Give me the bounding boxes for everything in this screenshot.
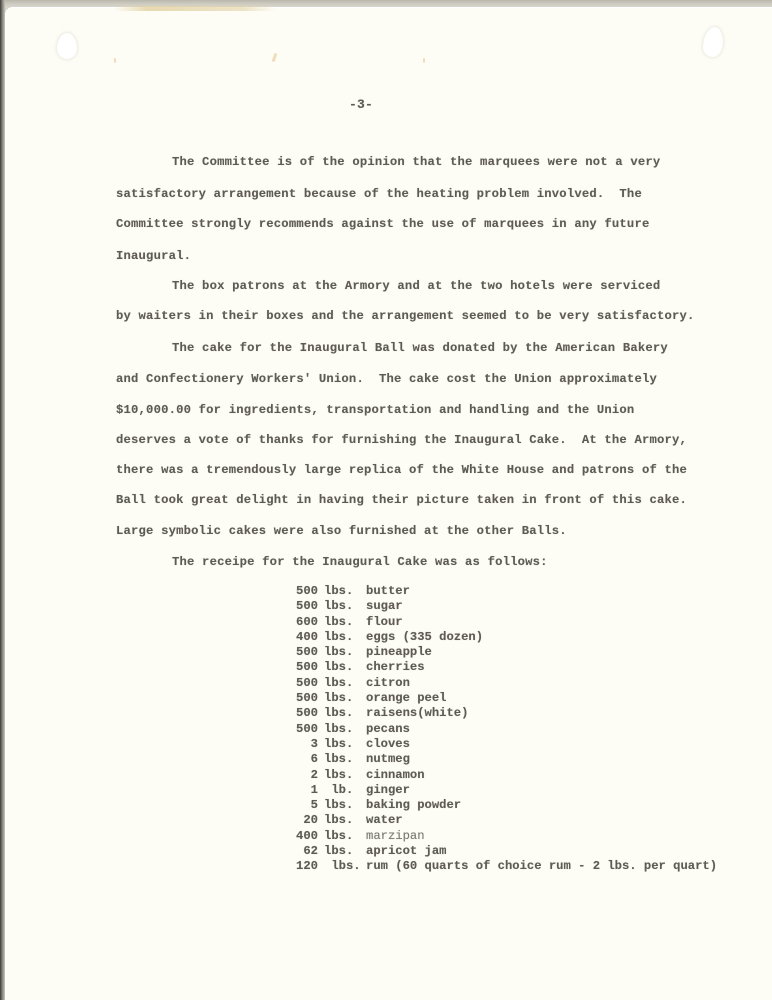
body-text-line: The receipe for the Inaugural Cake was a… bbox=[172, 555, 548, 569]
recipe-row: 400lbs.eggs (335 dozen) bbox=[280, 630, 717, 645]
recipe-unit: lbs. bbox=[318, 676, 366, 691]
recipe-ingredient: butter bbox=[366, 584, 410, 599]
body-text-line: by waiters in their boxes and the arrang… bbox=[116, 309, 695, 323]
recipe-quantity: 500 bbox=[280, 660, 318, 675]
recipe-quantity: 20 bbox=[280, 813, 318, 828]
recipe-row: 500lbs.raisens(white) bbox=[280, 706, 717, 721]
body-text-line: $10,000.00 for ingredients, transportati… bbox=[116, 403, 634, 417]
recipe-unit: lbs. bbox=[318, 584, 366, 599]
recipe-row: 62lbs.apricot jam bbox=[280, 844, 717, 859]
body-text-line: there was a tremendously large replica o… bbox=[116, 463, 687, 477]
body-text-line: and Confectionery Workers' Union. The ca… bbox=[116, 372, 657, 386]
recipe-row: 120 lbs.rum (60 quarts of choice rum - 2… bbox=[280, 859, 717, 874]
recipe-ingredient: raisens(white) bbox=[366, 706, 468, 721]
recipe-quantity: 3 bbox=[280, 737, 318, 752]
recipe-unit: lbs. bbox=[318, 660, 366, 675]
recipe-row: 500lbs.cherries bbox=[280, 660, 717, 675]
recipe-unit: lbs. bbox=[318, 706, 366, 721]
recipe-unit: lbs. bbox=[318, 615, 366, 630]
stain-mark bbox=[114, 58, 116, 63]
recipe-ingredient: flour bbox=[366, 615, 403, 630]
recipe-quantity: 500 bbox=[280, 676, 318, 691]
body-text-line: The Committee is of the opinion that the… bbox=[172, 155, 660, 169]
recipe-unit: lbs. bbox=[318, 768, 366, 783]
recipe-quantity: 500 bbox=[280, 584, 318, 599]
recipe-unit: lbs. bbox=[318, 645, 366, 660]
recipe-ingredient: cloves bbox=[366, 737, 410, 752]
recipe-ingredient: apricot jam bbox=[366, 844, 446, 859]
recipe-ingredient: sugar bbox=[366, 599, 403, 614]
recipe-row: 500lbs.citron bbox=[280, 676, 717, 691]
recipe-quantity: 500 bbox=[280, 645, 318, 660]
recipe-ingredient: nutmeg bbox=[366, 752, 410, 767]
recipe-quantity: 500 bbox=[280, 706, 318, 721]
recipe-unit: lbs. bbox=[318, 844, 366, 859]
body-text-line: satisfactory arrangement because of the … bbox=[116, 187, 642, 201]
recipe-row: 1 lb.ginger bbox=[280, 783, 717, 798]
recipe-ingredient: cinnamon bbox=[366, 768, 425, 783]
recipe-unit: lbs. bbox=[318, 737, 366, 752]
recipe-unit: lbs. bbox=[318, 752, 366, 767]
recipe-unit: lbs. bbox=[318, 798, 366, 813]
recipe-row: 2lbs.cinnamon bbox=[280, 768, 717, 783]
recipe-ingredient: orange peel bbox=[366, 691, 446, 706]
body-text-line: Committee strongly recommends against th… bbox=[116, 217, 649, 231]
recipe-quantity: 400 bbox=[280, 630, 318, 645]
recipe-quantity: 600 bbox=[280, 615, 318, 630]
recipe-ingredient: citron bbox=[366, 676, 410, 691]
recipe-ingredient: marzipan bbox=[366, 829, 425, 844]
recipe-row: 500lbs.pecans bbox=[280, 722, 717, 737]
recipe-quantity: 120 bbox=[280, 859, 318, 874]
recipe-quantity: 500 bbox=[280, 691, 318, 706]
tape-residue bbox=[115, 6, 275, 11]
recipe-ingredient: rum (60 quarts of choice rum - 2 lbs. pe… bbox=[366, 859, 717, 874]
recipe-row: 500lbs.butter bbox=[280, 584, 717, 599]
recipe-ingredient: water bbox=[366, 813, 403, 828]
body-text-line: The cake for the Inaugural Ball was dona… bbox=[172, 341, 668, 355]
recipe-unit: lbs. bbox=[318, 691, 366, 706]
recipe-row: 500lbs.orange peel bbox=[280, 691, 717, 706]
recipe-quantity: 500 bbox=[280, 722, 318, 737]
recipe-unit: lbs. bbox=[318, 829, 366, 844]
stain-mark bbox=[423, 58, 425, 63]
recipe-list: 500lbs.butter500lbs.sugar600lbs.flour400… bbox=[280, 584, 717, 875]
recipe-quantity: 1 bbox=[280, 783, 318, 798]
recipe-quantity: 500 bbox=[280, 599, 318, 614]
recipe-row: 3lbs.cloves bbox=[280, 737, 717, 752]
scanned-page-frame: -3- The Committee is of the opinion that… bbox=[0, 0, 772, 1000]
recipe-row: 5lbs.baking powder bbox=[280, 798, 717, 813]
recipe-row: 20lbs.water bbox=[280, 813, 717, 828]
recipe-row: 400lbs.marzipan bbox=[280, 829, 717, 844]
recipe-quantity: 5 bbox=[280, 798, 318, 813]
recipe-ingredient: baking powder bbox=[366, 798, 461, 813]
recipe-unit: lbs. bbox=[318, 813, 366, 828]
recipe-ingredient: pineapple bbox=[366, 645, 432, 660]
recipe-ingredient: pecans bbox=[366, 722, 410, 737]
recipe-row: 500lbs.pineapple bbox=[280, 645, 717, 660]
recipe-ingredient: cherries bbox=[366, 660, 425, 675]
recipe-row: 6lbs.nutmeg bbox=[280, 752, 717, 767]
body-text-line: Ball took great delight in having their … bbox=[116, 493, 687, 507]
body-text-line: Inaugural. bbox=[116, 249, 191, 263]
punch-hole-left bbox=[57, 33, 77, 59]
page-number: -3- bbox=[349, 97, 373, 112]
recipe-unit: lbs. bbox=[318, 599, 366, 614]
recipe-ingredient: ginger bbox=[366, 783, 410, 798]
recipe-quantity: 400 bbox=[280, 829, 318, 844]
recipe-quantity: 2 bbox=[280, 768, 318, 783]
recipe-quantity: 62 bbox=[280, 844, 318, 859]
body-text-line: deserves a vote of thanks for furnishing… bbox=[116, 433, 687, 447]
recipe-unit: lbs. bbox=[318, 859, 366, 874]
recipe-ingredient: eggs (335 dozen) bbox=[366, 630, 483, 645]
recipe-row: 500lbs.sugar bbox=[280, 599, 717, 614]
punch-hole-right bbox=[703, 27, 723, 57]
recipe-unit: lbs. bbox=[318, 722, 366, 737]
recipe-quantity: 6 bbox=[280, 752, 318, 767]
recipe-unit: lbs. bbox=[318, 630, 366, 645]
recipe-row: 600lbs.flour bbox=[280, 615, 717, 630]
recipe-unit: lb. bbox=[318, 783, 366, 798]
body-text-line: The box patrons at the Armory and at the… bbox=[172, 279, 660, 293]
body-text-line: Large symbolic cakes were also furnished… bbox=[116, 524, 567, 538]
